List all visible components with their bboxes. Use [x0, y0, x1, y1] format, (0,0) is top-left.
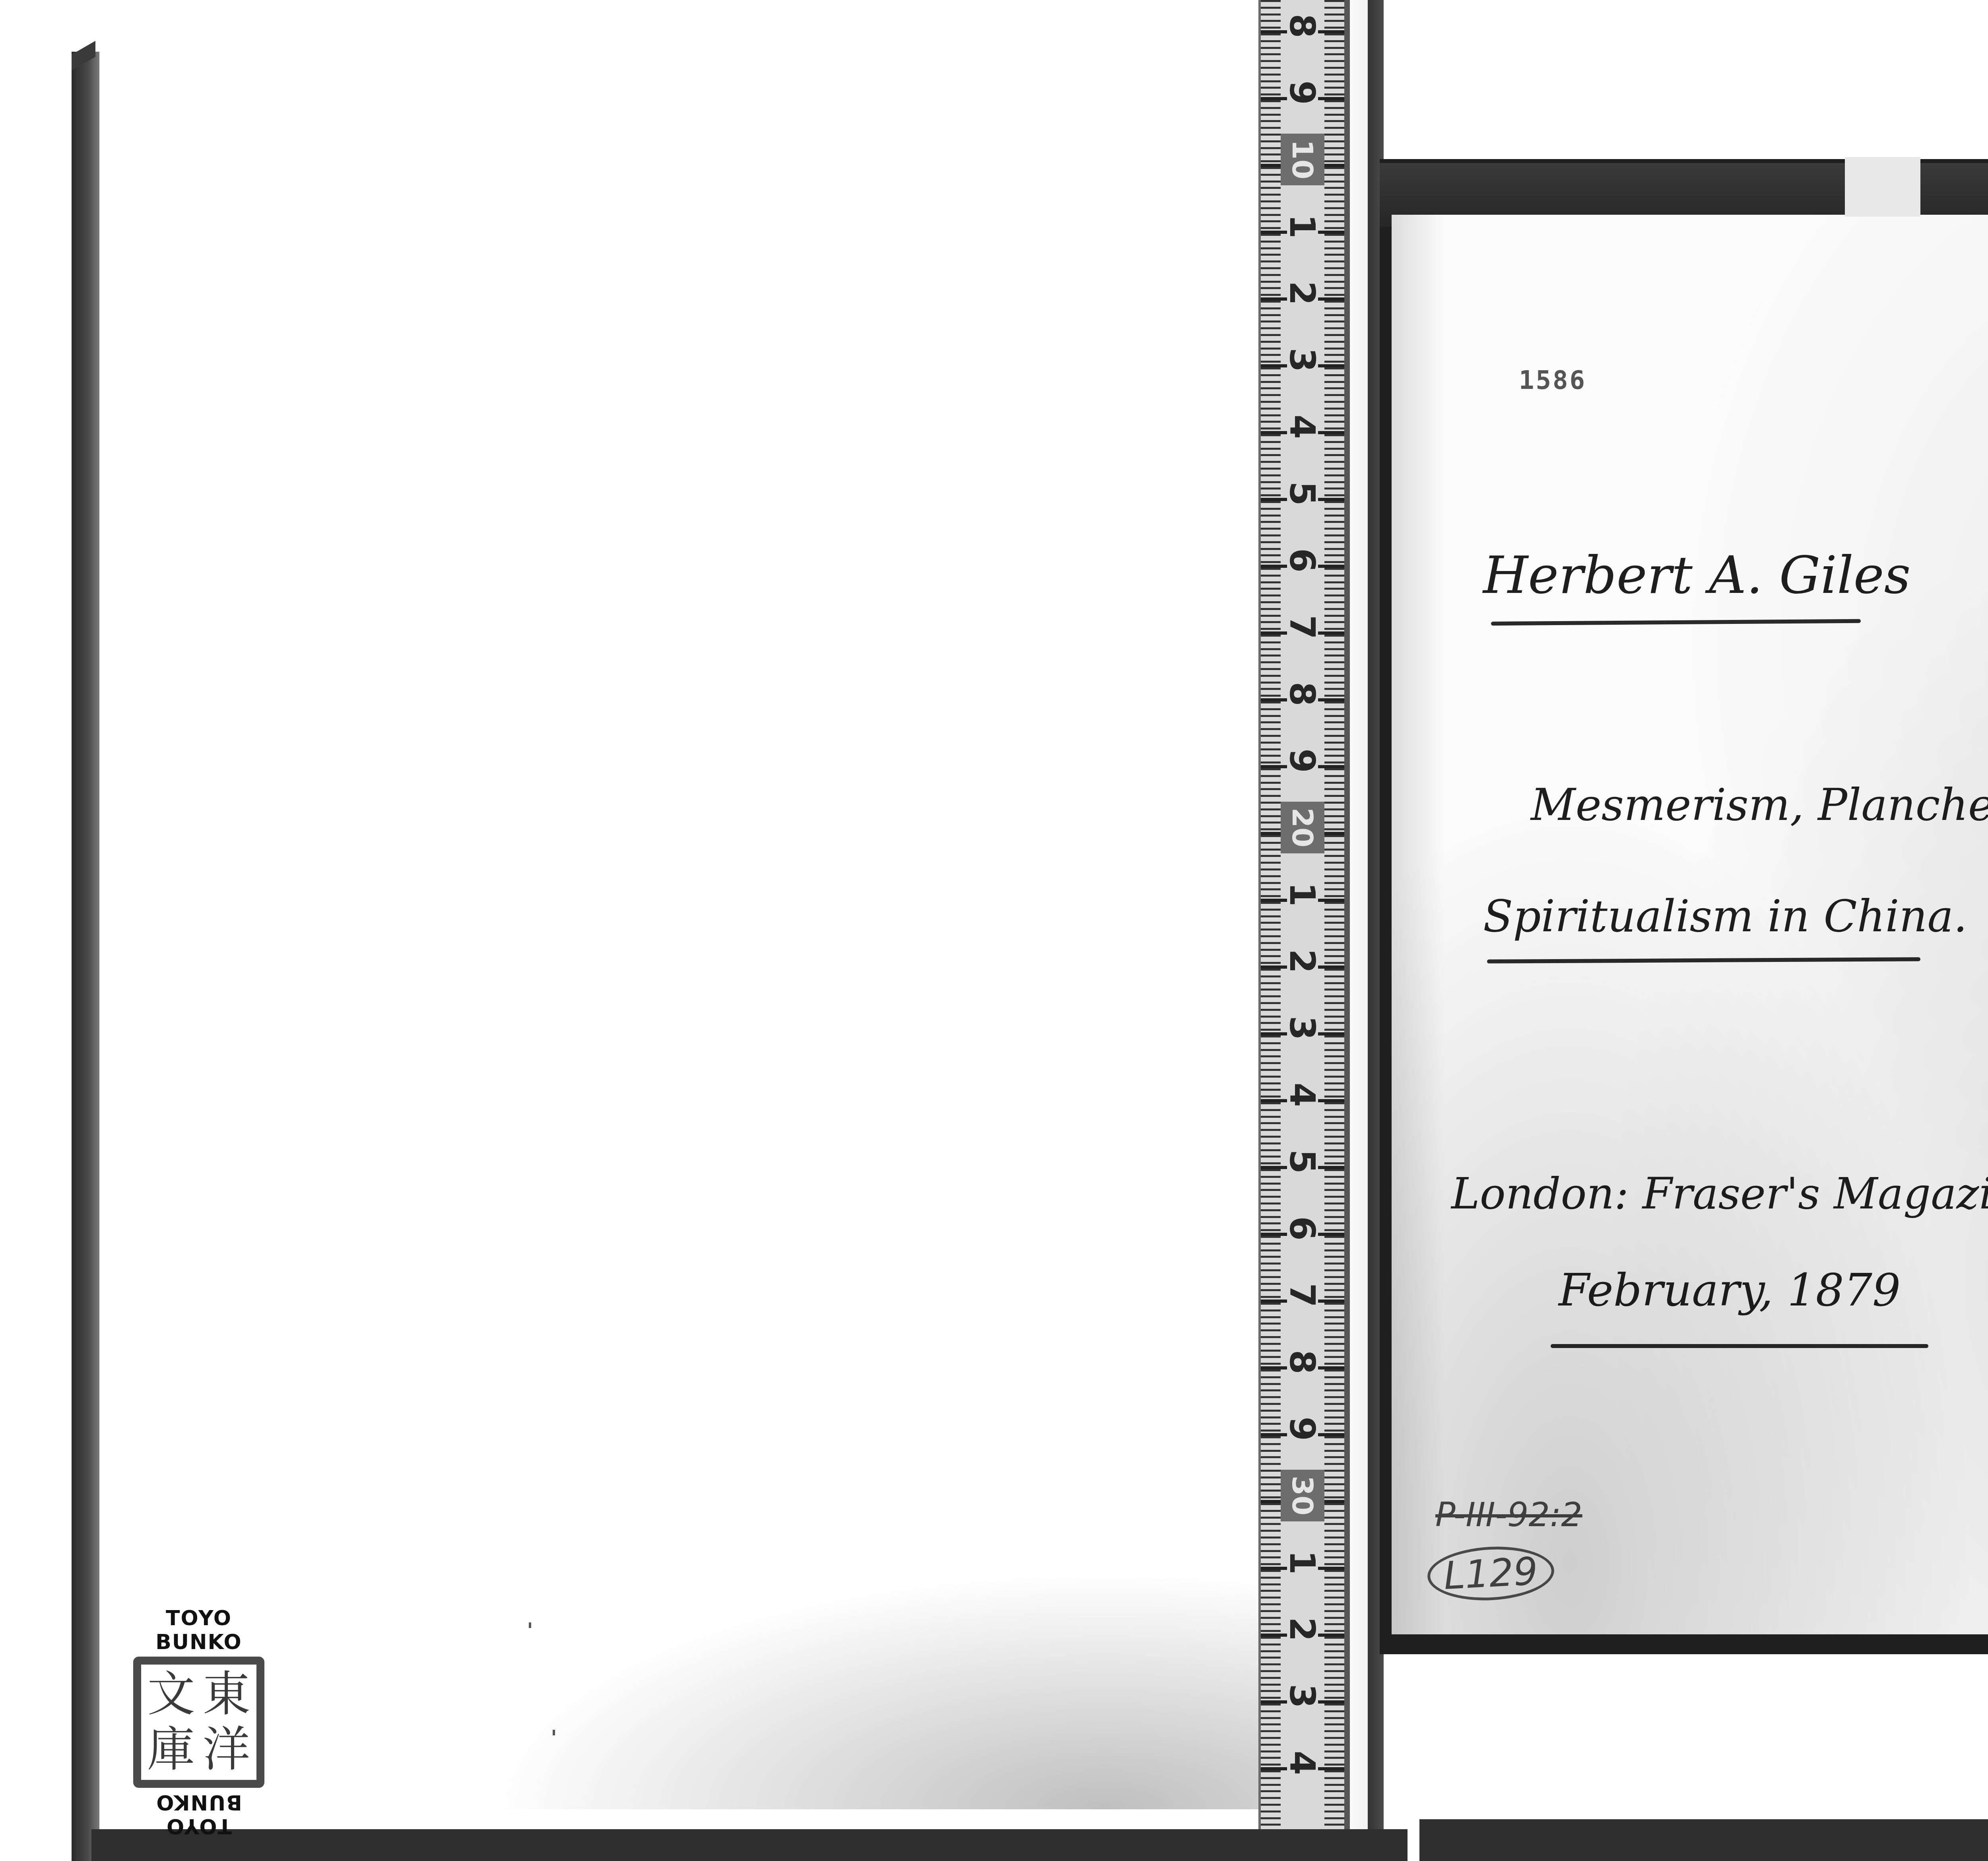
publication-source: London: Fraser's Magazine: [1451, 1169, 1988, 1219]
seal-char: 庫: [144, 1722, 199, 1777]
seal-frame: 文 東 庫 洋: [133, 1657, 264, 1788]
ruler-label: 10: [1281, 134, 1324, 185]
ruler-label: 3: [1281, 338, 1324, 382]
title-page: 1586 Herbert A. Giles Mesmerism, Planche…: [1392, 215, 1988, 1634]
date-underline: [1551, 1344, 1928, 1348]
publication-date: February, 1879: [1559, 1265, 1901, 1316]
ruler-label: 4: [1281, 1073, 1324, 1117]
ruler-label: 9: [1281, 1407, 1324, 1451]
left-page-edge: [72, 52, 99, 1861]
seal-char: 東: [199, 1667, 254, 1722]
ruler-label: 5: [1281, 472, 1324, 515]
ruler-label: 6: [1281, 1206, 1324, 1250]
dust-speck: [529, 1622, 531, 1628]
ruler-label: 30: [1281, 1470, 1324, 1521]
ruler-label: 20: [1281, 802, 1324, 853]
ruler-label: 8: [1281, 1340, 1324, 1384]
ruler-label: 9: [1281, 739, 1324, 783]
scanner-bottom-edge-left: [91, 1829, 1408, 1861]
ruler-label: 2: [1281, 271, 1324, 315]
author-underline: [1491, 619, 1861, 626]
ruler-label: 5: [1281, 1140, 1324, 1183]
ruler-label: 2: [1281, 939, 1324, 983]
author-name: Herbert A. Giles: [1483, 545, 1910, 605]
seal-char: 文: [144, 1667, 199, 1722]
ruler-label: 6: [1281, 538, 1324, 582]
ruler-label: 2: [1281, 1607, 1324, 1651]
dust-speck: [553, 1730, 555, 1735]
ruler-label: 7: [1281, 1273, 1324, 1317]
left-blank-page: [99, 0, 1264, 1813]
ruler-label: 3: [1281, 1006, 1324, 1050]
paper-tape: [1845, 157, 1920, 217]
stamped-accession-number: 1586: [1519, 366, 1586, 395]
ruler-label: 1: [1281, 204, 1324, 248]
pencil-shelfmark: P-III-92:2: [1435, 1495, 1582, 1534]
ruler-label: 8: [1281, 672, 1324, 716]
ruler-label: 7: [1281, 605, 1324, 649]
ruler-label: 8: [1281, 4, 1324, 48]
ruler-label: 9: [1281, 71, 1324, 115]
ruler-label: 3: [1281, 1674, 1324, 1718]
ruler-label: 1: [1281, 1540, 1324, 1584]
title-line-1: Mesmerism, Planchette and: [1531, 779, 1988, 830]
measuring-ruler: 891012345678920123456789301234: [1258, 0, 1350, 1829]
ruler-label: 4: [1281, 1741, 1324, 1785]
pencil-catalog-number: L129: [1426, 1544, 1555, 1603]
title-line-2: Spiritualism in China.: [1483, 891, 1967, 942]
seal-top-text: TOYO BUNKO: [127, 1607, 270, 1654]
seal-char: 洋: [199, 1722, 254, 1777]
scanner-bottom-edge-right: [1419, 1819, 1988, 1861]
toyo-bunko-seal-bottom-left: TOYO BUNKO 文 東 庫 洋 TOYO BUNKO: [127, 1607, 270, 1838]
ruler-label: 1: [1281, 872, 1324, 916]
seal-bottom-text: TOYO BUNKO: [127, 1790, 270, 1838]
page-shadow: [437, 1551, 1272, 1809]
ruler-label: 4: [1281, 405, 1324, 449]
title-underline: [1487, 957, 1920, 964]
